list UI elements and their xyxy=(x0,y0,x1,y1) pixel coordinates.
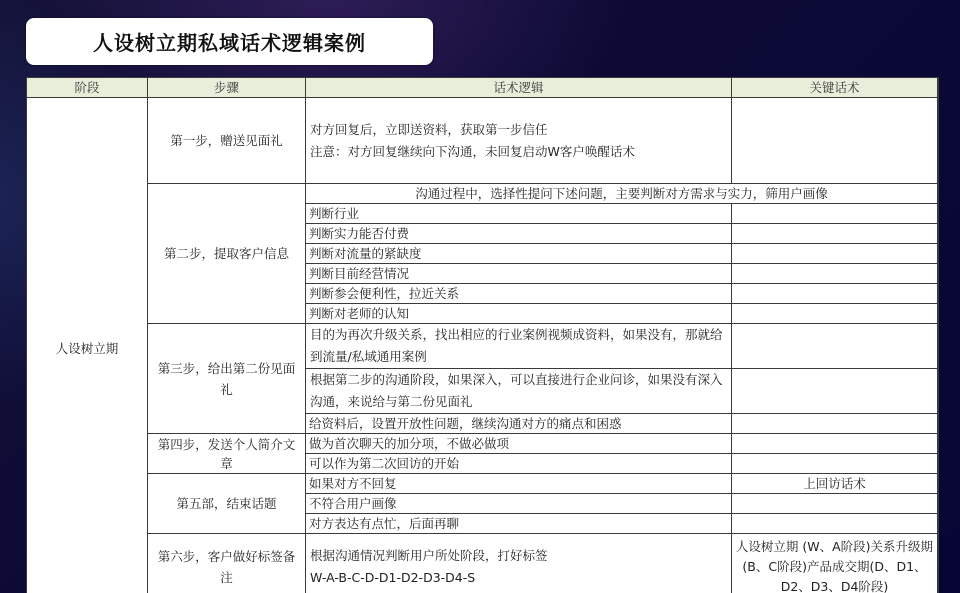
step-label: 第一步，赠送见面礼 xyxy=(148,98,306,184)
script-logic-table: 阶段 步骤 话术逻辑 关键话术 人设树立期 第一步，赠送见面礼 对方回复后，立即… xyxy=(26,77,938,593)
logic-cell: 对方回复后，立即送资料，获取第一步信任 注意：对方回复继续向下沟通，未回复启动W… xyxy=(306,98,732,184)
table-row-step4: 第四步，发送个人简介文章 做为首次聊天的加分项，不做必做项 xyxy=(27,434,938,454)
logic-cell: 根据沟通情况判断用户所处阶段，打好标签 W-A-B-C-D-D1-D2-D3-D… xyxy=(306,534,732,593)
header-step: 步骤 xyxy=(148,78,306,98)
logic-cell: 如果对方不回复 xyxy=(306,474,732,494)
logic-cell: 判断对流量的紧缺度 xyxy=(306,244,732,264)
keyword-cell: 人设树立期 (W、A阶段)关系升级期 (B、C阶段)产品成交期(D、D1、D2、… xyxy=(732,534,938,593)
logic-cell: 判断对老师的认知 xyxy=(306,304,732,324)
logic-line: 根据沟通情况判断用户所处阶段，打好标签 xyxy=(310,545,727,567)
logic-line: 注意：对方回复继续向下沟通，未回复启动W客户唤醒话术 xyxy=(310,141,727,163)
title-banner: 人设树立期私域话术逻辑案例 xyxy=(26,18,433,65)
table-row-step1: 人设树立期 第一步，赠送见面礼 对方回复后，立即送资料，获取第一步信任 注意：对… xyxy=(27,98,938,184)
step-label: 第五部，结束话题 xyxy=(148,474,306,534)
keyword-cell xyxy=(732,454,938,474)
logic-line: W-A-B-C-D-D1-D2-D3-D4-S xyxy=(310,567,727,589)
step-label: 第三步，给出第二份见面礼 xyxy=(148,324,306,434)
table-row-step2-intro: 第二步，提取客户信息 沟通过程中，选择性提问下述问题，主要判断对方需求与实力，筛… xyxy=(27,184,938,204)
keyword-cell xyxy=(732,494,938,514)
logic-cell: 做为首次聊天的加分项，不做必做项 xyxy=(306,434,732,454)
keyword-cell xyxy=(732,304,938,324)
page-title: 人设树立期私域话术逻辑案例 xyxy=(93,27,366,56)
logic-line: 对方回复后，立即送资料，获取第一步信任 xyxy=(310,119,727,141)
logic-cell: 不符合用户画像 xyxy=(306,494,732,514)
step-label: 第四步，发送个人简介文章 xyxy=(148,434,306,474)
logic-cell: 判断行业 xyxy=(306,204,732,224)
keyword-cell xyxy=(732,514,938,534)
stage-cell: 人设树立期 xyxy=(27,98,148,593)
keyword-cell xyxy=(732,369,938,414)
keyword-cell: 上回访话术 xyxy=(732,474,938,494)
logic-cell: 判断实力能否付费 xyxy=(306,224,732,244)
table-row-step3: 第三步，给出第二份见面礼 目的为再次升级关系，找出相应的行业案例视频成资料，如果… xyxy=(27,324,938,369)
header-logic: 话术逻辑 xyxy=(306,78,732,98)
logic-cell: 对方表达有点忙，后面再聊 xyxy=(306,514,732,534)
keyword-cell xyxy=(732,264,938,284)
keyword-cell xyxy=(732,434,938,454)
script-logic-table-container: 阶段 步骤 话术逻辑 关键话术 人设树立期 第一步，赠送见面礼 对方回复后，立即… xyxy=(26,77,937,593)
logic-cell: 根据第二步的沟通阶段，如果深入，可以直接进行企业问诊，如果没有深入沟通，来说给与… xyxy=(306,369,732,414)
keyword-cell xyxy=(732,204,938,224)
table-row-step5: 第五部，结束话题 如果对方不回复 上回访话术 xyxy=(27,474,938,494)
table-header-row: 阶段 步骤 话术逻辑 关键话术 xyxy=(27,78,938,98)
keyword-cell xyxy=(732,284,938,304)
step-label: 第六步，客户做好标签备注 xyxy=(148,534,306,593)
logic-cell: 可以作为第二次回访的开始 xyxy=(306,454,732,474)
keyword-cell xyxy=(732,98,938,184)
logic-cell: 判断参会便利性，拉近关系 xyxy=(306,284,732,304)
logic-cell: 判断目前经营情况 xyxy=(306,264,732,284)
table-row-step6: 第六步，客户做好标签备注 根据沟通情况判断用户所处阶段，打好标签 W-A-B-C… xyxy=(27,534,938,593)
header-keyword: 关键话术 xyxy=(732,78,938,98)
keyword-cell xyxy=(732,324,938,369)
keyword-cell xyxy=(732,224,938,244)
logic-intro-cell: 沟通过程中，选择性提问下述问题，主要判断对方需求与实力，筛用户画像 xyxy=(306,184,938,204)
keyword-cell xyxy=(732,414,938,434)
logic-cell: 目的为再次升级关系，找出相应的行业案例视频成资料，如果没有，那就给到流量/私域通… xyxy=(306,324,732,369)
logic-cell: 给资料后，设置开放性问题，继续沟通对方的痛点和困惑 xyxy=(306,414,732,434)
header-stage: 阶段 xyxy=(27,78,148,98)
step-label: 第二步，提取客户信息 xyxy=(148,184,306,324)
keyword-cell xyxy=(732,244,938,264)
